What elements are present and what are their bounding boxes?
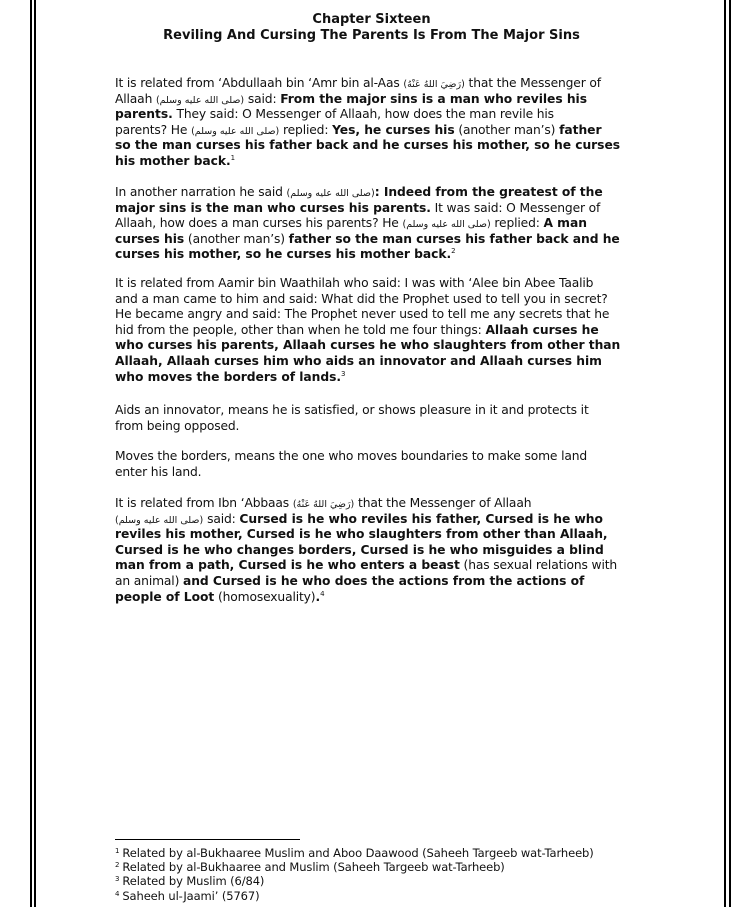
body-text: said:	[203, 512, 239, 526]
body-text: enter his land.	[115, 465, 201, 479]
text-line: who moves the borders of lands.3	[115, 370, 675, 386]
arabic-honorific: (رَضِيَ اللهُ عَنْهُ)	[403, 79, 464, 90]
body-text: that the Messenger of	[465, 76, 601, 90]
bold-hadith-text: his mother back.	[115, 154, 231, 168]
bold-hadith-text: major sins is the man who curses his par…	[115, 201, 431, 215]
body-text: (homosexuality)	[214, 590, 315, 604]
text-line: Aids an innovator, means he is satisfied…	[115, 403, 675, 419]
bold-hadith-text: who curses his parents, Allaah curses he…	[115, 338, 620, 352]
text-line: Allaah, how does a man curses his parent…	[115, 216, 675, 232]
text-line: curses his mother, so he curses his moth…	[115, 247, 675, 263]
bold-hadith-text: From the major sins is a man who reviles…	[280, 92, 587, 106]
footnote-number: 4	[115, 890, 119, 898]
bold-hadith-text: curses his	[115, 232, 184, 246]
footnote-text: Related by Muslim (6/84)	[122, 874, 264, 888]
body-text: In another narration he said	[115, 185, 287, 199]
arabic-honorific: (صلى الله عليه وسلم)	[287, 188, 375, 199]
text-line: reviles his mother, Cursed is he who sla…	[115, 527, 675, 543]
footnote-1: 1Related by al-Bukhaaree Muslim and Aboo…	[115, 846, 594, 860]
text-line: from being opposed.	[115, 419, 675, 435]
text-line: who curses his parents, Allaah curses he…	[115, 338, 675, 354]
page-border-right-inner	[724, 0, 726, 907]
text-line: It is related from Ibn ‘Abbaas (رَضِيَ ا…	[115, 496, 675, 512]
bold-hadith-text: Yes, he curses his	[332, 123, 455, 137]
footnote-text: Related by al-Bukhaaree and Muslim (Sahe…	[122, 860, 504, 874]
body-text: They said: O Messenger of Allaah, how do…	[173, 107, 554, 121]
bold-hadith-text: who moves the borders of lands.	[115, 370, 341, 384]
arabic-honorific: (صلى الله عليه وسلم)	[156, 95, 244, 106]
body-text: Allaah, how does a man curses his parent…	[115, 216, 402, 230]
text-line: Cursed is he who changes borders, Cursed…	[115, 543, 675, 559]
text-line: curses his (another man’s) father so the…	[115, 232, 675, 248]
bold-hadith-text: : Indeed from the greatest of the	[375, 185, 603, 199]
arabic-honorific: (صلى الله عليه وسلم)	[115, 515, 203, 526]
text-line: He became angry and said: The Prophet ne…	[115, 307, 675, 323]
text-line: parents? He (صلى الله عليه وسلم) replied…	[115, 123, 675, 139]
text-line: his mother back.1	[115, 154, 675, 170]
arabic-honorific: (صلى الله عليه وسلم)	[402, 219, 490, 230]
body-text: said:	[244, 92, 280, 106]
footnote-number: 3	[115, 875, 119, 883]
body-text: (another man’s)	[455, 123, 559, 137]
text-line: It is related from ‘Abdullaah bin ‘Amr b…	[115, 76, 675, 92]
body-text: replied:	[279, 123, 332, 137]
body-text: (another man’s)	[184, 232, 288, 246]
bold-hadith-text: and Cursed is he who does the actions fr…	[183, 574, 584, 588]
text-line: In another narration he said (صلى الله ع…	[115, 185, 675, 201]
text-line: parents. They said: O Messenger of Allaa…	[115, 107, 675, 123]
bold-hadith-text: Cursed is he who reviles his father, Cur…	[239, 512, 603, 526]
text-line: It is related from Aamir bin Waathilah w…	[115, 276, 675, 292]
footnote-reference: 2	[451, 247, 455, 255]
body-text: and a man came to him and said: What did…	[115, 292, 608, 306]
body-text: He became angry and said: The Prophet ne…	[115, 307, 609, 321]
body-text: that the Messenger of Allaah	[354, 496, 531, 510]
footnote-reference: 1	[231, 154, 235, 162]
bold-hadith-text: curses his mother, so he curses his moth…	[115, 247, 451, 261]
footnote-text: Related by al-Bukhaaree Muslim and Aboo …	[122, 846, 593, 860]
footnote-reference: 4	[320, 590, 324, 598]
paragraph-explanation-aids-innovator: Aids an innovator, means he is satisfied…	[115, 403, 675, 434]
page-border-left-inner	[34, 0, 36, 907]
body-text: parents? He	[115, 123, 191, 137]
body-text: It is related from Ibn ‘Abbaas	[115, 496, 293, 510]
paragraph-hadith-abdullaah-bin-amr: It is related from ‘Abdullaah bin ‘Amr b…	[115, 76, 675, 170]
paragraph-another-narration: In another narration he said (صلى الله ع…	[115, 185, 675, 263]
body-text: an animal)	[115, 574, 183, 588]
bold-hadith-text: A man	[543, 216, 586, 230]
text-line: Moves the borders, means the one who mov…	[115, 449, 675, 465]
text-line: people of Loot (homosexuality).4	[115, 590, 675, 606]
footnote-4: 4Saheeh ul-Jaami’ (5767)	[115, 889, 594, 903]
footnote-2: 2Related by al-Bukhaaree and Muslim (Sah…	[115, 860, 594, 874]
bold-hadith-text: so the man curses his father back and he…	[115, 138, 620, 152]
text-line: enter his land.	[115, 465, 675, 481]
footnotes: 1Related by al-Bukhaaree Muslim and Aboo…	[115, 846, 594, 903]
text-line: an animal) and Cursed is he who does the…	[115, 574, 675, 590]
body-text: from being opposed.	[115, 419, 239, 433]
page-border-left-outer	[30, 0, 32, 907]
text-line: Allaah, Allaah curses him who aids an in…	[115, 354, 675, 370]
body-text: Moves the borders, means the one who mov…	[115, 449, 587, 463]
body-text: It was said: O Messenger of	[431, 201, 600, 215]
bold-hadith-text: parents.	[115, 107, 173, 121]
footnote-number: 1	[115, 847, 119, 855]
body-text: It is related from Aamir bin Waathilah w…	[115, 276, 593, 290]
page-border-right-outer	[729, 0, 731, 907]
bold-hadith-text: man from a path, Cursed is he who enters…	[115, 558, 460, 572]
text-line: hid from the people, other than when he …	[115, 323, 675, 339]
arabic-honorific: (صلى الله عليه وسلم)	[191, 126, 279, 137]
text-line: so the man curses his father back and he…	[115, 138, 675, 154]
bold-hadith-text: people of Loot	[115, 590, 214, 604]
footnote-reference: 3	[341, 370, 345, 378]
body-text: Allaah	[115, 92, 156, 106]
chapter-title: Chapter Sixteen	[0, 12, 743, 27]
text-line: Allaah (صلى الله عليه وسلم) said: From t…	[115, 92, 675, 108]
bold-hadith-text: Allaah, Allaah curses him who aids an in…	[115, 354, 602, 368]
text-line: man from a path, Cursed is he who enters…	[115, 558, 675, 574]
paragraph-hadith-ibn-abbaas: It is related from Ibn ‘Abbaas (رَضِيَ ا…	[115, 496, 675, 605]
body-text: It is related from ‘Abdullaah bin ‘Amr b…	[115, 76, 403, 90]
body-text: (has sexual relations with	[460, 558, 617, 572]
bold-hadith-text: father	[559, 123, 601, 137]
text-line: (صلى الله عليه وسلم) said: Cursed is he …	[115, 512, 675, 528]
bold-hadith-text: father so the man curses his father back…	[289, 232, 620, 246]
body-text: hid from the people, other than when he …	[115, 323, 485, 337]
bold-hadith-text: Cursed is he who changes borders, Cursed…	[115, 543, 604, 557]
arabic-honorific: (رَضِيَ اللهُ عَنْهُ)	[293, 499, 354, 510]
paragraph-explanation-moves-borders: Moves the borders, means the one who mov…	[115, 449, 675, 480]
chapter-subtitle: Reviling And Cursing The Parents Is From…	[0, 28, 743, 43]
bold-hadith-text: Allaah curses he	[485, 323, 598, 337]
body-text: replied:	[491, 216, 544, 230]
paragraph-hadith-aamir-bin-waathilah: It is related from Aamir bin Waathilah w…	[115, 276, 675, 385]
body-text: Aids an innovator, means he is satisfied…	[115, 403, 589, 417]
footnote-number: 2	[115, 861, 119, 869]
bold-hadith-text: reviles his mother, Cursed is he who sla…	[115, 527, 608, 541]
text-line: and a man came to him and said: What did…	[115, 292, 675, 308]
text-line: major sins is the man who curses his par…	[115, 201, 675, 217]
footnote-3: 3Related by Muslim (6/84)	[115, 874, 594, 888]
footnote-separator	[115, 839, 300, 840]
footnote-text: Saheeh ul-Jaami’ (5767)	[122, 889, 259, 903]
